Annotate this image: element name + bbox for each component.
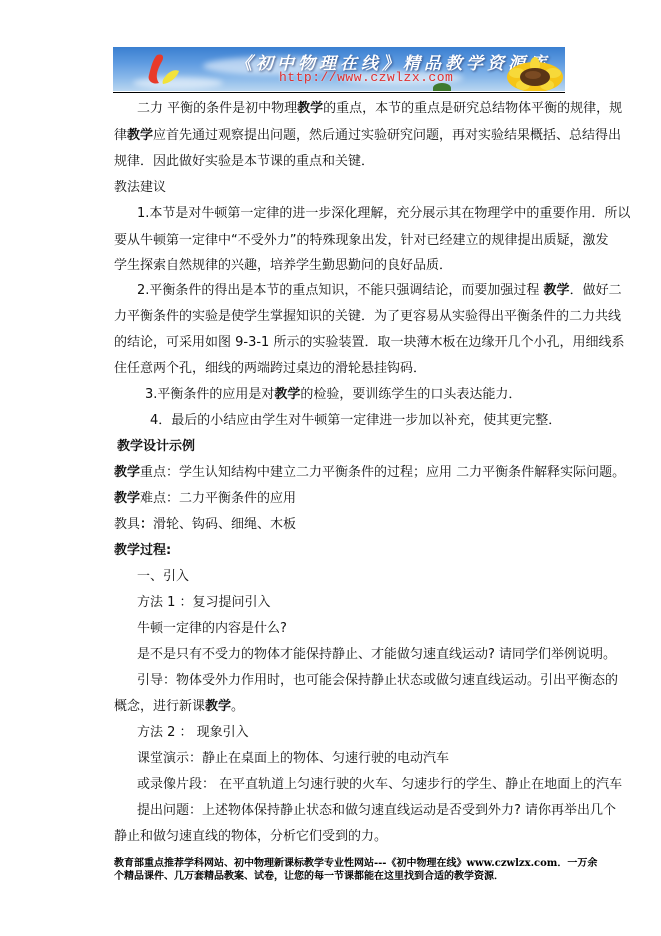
- intro-line-1: 二力 平衡的条件是初中物理教学的重点，本节的重点是研究总结物体平衡的规律，规: [137, 101, 622, 117]
- suggestion-3: 3.平衡条件的应用是对教学的检验，要训练学生的口头表达能力．: [145, 387, 521, 403]
- text-span: 2.平衡条件的得出是本节的重点知识，不能只强调结论，而要加强过程: [137, 283, 544, 298]
- suggestion-1-line-2: 要从牛顿第一定律中“不受外力”的特殊现象出发，针对已经建立的规律提出质疑，激发: [114, 233, 608, 249]
- suggestion-2-line-1: 2.平衡条件的得出是本节的重点知识，不能只强调结论，而要加强过程 教学．做好二: [137, 283, 622, 299]
- text-span: 律: [114, 128, 127, 143]
- text-span: ．做好二: [570, 283, 622, 298]
- bold-keyword: 教学: [114, 491, 140, 506]
- bold-keyword: 教学: [274, 387, 300, 402]
- suggestion-1-line-1: 1.本节是对牛顿第一定律的进一步深化理解，充分展示其在物理学中的重要作用．所以: [137, 206, 630, 222]
- process-question-3-line-2: 静止和做匀速直线的物体，分析它们受到的力。: [114, 829, 387, 845]
- suggestion-2-line-4: 住任意两个孔，细线的两端跨过桌边的滑轮悬挂钩码．: [114, 361, 426, 377]
- process-guide-line-1: 引导：物体受外力作用时，也可能会保持静止状态或做匀速直线运动。引出平衡态的: [137, 673, 618, 689]
- label-span: 难点：: [140, 491, 179, 506]
- suggestion-2-line-3: 的结论，可采用如图 9-3-1 所示的实验装置．取一块薄木板在边缘开几个小孔，用…: [114, 335, 624, 351]
- footer-line-2: 个精品课件、几万套精品教案、试卷，让您的每一节课都能在这里找到合适的教学资源．: [114, 870, 504, 883]
- process-guide-line-2: 概念，进行新课教学。: [114, 699, 244, 715]
- process-demo: 课堂演示：静止在桌面上的物体、匀速行驶的电动汽车: [137, 751, 449, 767]
- process-step-1: 一、引入: [137, 569, 189, 585]
- suggestion-1-line-3: 学生探索自然规律的兴趣，培养学生勤思勤问的良好品质．: [114, 258, 452, 274]
- bold-keyword: 教学: [127, 128, 153, 143]
- bold-keyword: 教学: [544, 283, 570, 298]
- label-colon: ：: [140, 517, 153, 532]
- footer-line-1: 教育部重点推荐学科网站、初中物理新课标教学专业性网站---《初中物理在线》www…: [114, 857, 597, 870]
- bold-keyword: 教学: [297, 101, 323, 116]
- text-span: 3.平衡条件的应用是对: [145, 387, 274, 402]
- label-span: 重点：: [140, 465, 179, 480]
- banner-url: http://www.czwlzx.com: [279, 70, 453, 85]
- plant-decoration: [433, 83, 451, 91]
- label-span: 教具: [114, 517, 140, 532]
- document-page: 《初中物理在线》精品教学资源库 http://www.czwlzx.com 二力…: [0, 0, 661, 936]
- section-heading-process: 教学过程:: [114, 543, 171, 559]
- text-span: 二力平衡条件的应用: [179, 491, 296, 506]
- teaching-tools: 教具：滑轮、钩码、细绳、木板: [114, 517, 296, 533]
- process-method-1: 方法 1 ：复习提问引入: [137, 595, 271, 611]
- intro-line-2: 律教学应首先通过观察提出问题，然后通过实验研究问题，再对实验结果概括、总结得出: [114, 128, 621, 144]
- process-question-2: 是不是只有不受力的物体才能保持静止、才能做匀速直线运动? 请同学们举例说明。: [137, 647, 616, 663]
- sunflower-icon: [505, 55, 565, 91]
- text-span: 概念，进行新课: [114, 699, 205, 714]
- suggestion-4: 4．最后的小结应由学生对牛顿第一定律进一步加以补充，使其更完整．: [150, 413, 561, 429]
- bold-keyword: 教学: [114, 465, 140, 480]
- text-span: 滑轮、钩码、细绳、木板: [153, 517, 296, 532]
- section-heading-design: 教学设计示例: [117, 439, 195, 455]
- teaching-difficulty: 教学难点：二力平衡条件的应用: [114, 491, 296, 507]
- intro-line-3: 规律．因此做好实验是本节课的重点和关键．: [114, 154, 374, 170]
- site-logo-icon: [141, 51, 185, 89]
- section-heading-method: 教法建议: [114, 180, 166, 196]
- text-span: 学生认知结构中建立二力平衡条件的过程；应用 二力平衡条件解释实际问题。: [179, 465, 625, 480]
- process-method-2: 方法 2 ： 现象引入: [137, 725, 249, 741]
- suggestion-2-line-2: 力平衡条件的实验是使学生掌握知识的关键．为了更容易从实验得出平衡条件的二力共线: [114, 309, 621, 325]
- process-question-3-line-1: 提出问题：上述物体保持静止状态和做匀速直线运动是否受到外力? 请你再举出几个: [137, 803, 616, 819]
- text-span: 的重点，本节的重点是研究总结物体平衡的规律，规: [323, 101, 622, 116]
- bold-keyword: 教学: [205, 699, 231, 714]
- text-span: 二力 平衡的条件是初中物理: [137, 101, 297, 116]
- text-span: 的检验，要训练学生的口头表达能力．: [300, 387, 521, 402]
- text-span: 。: [231, 699, 244, 714]
- process-video: 或录像片段： 在平直轨道上匀速行驶的火车、匀速步行的学生、静止在地面上的汽车: [137, 777, 622, 793]
- process-question-1: 牛顿一定律的内容是什么?: [137, 621, 287, 637]
- teaching-focus: 教学重点：学生认知结构中建立二力平衡条件的过程；应用 二力平衡条件解释实际问题。: [114, 465, 625, 481]
- header-divider: [113, 92, 565, 93]
- header-banner: 《初中物理在线》精品教学资源库 http://www.czwlzx.com: [113, 47, 565, 91]
- text-span: 应首先通过观察提出问题，然后通过实验研究问题，再对实验结果概括、总结得出: [153, 128, 621, 143]
